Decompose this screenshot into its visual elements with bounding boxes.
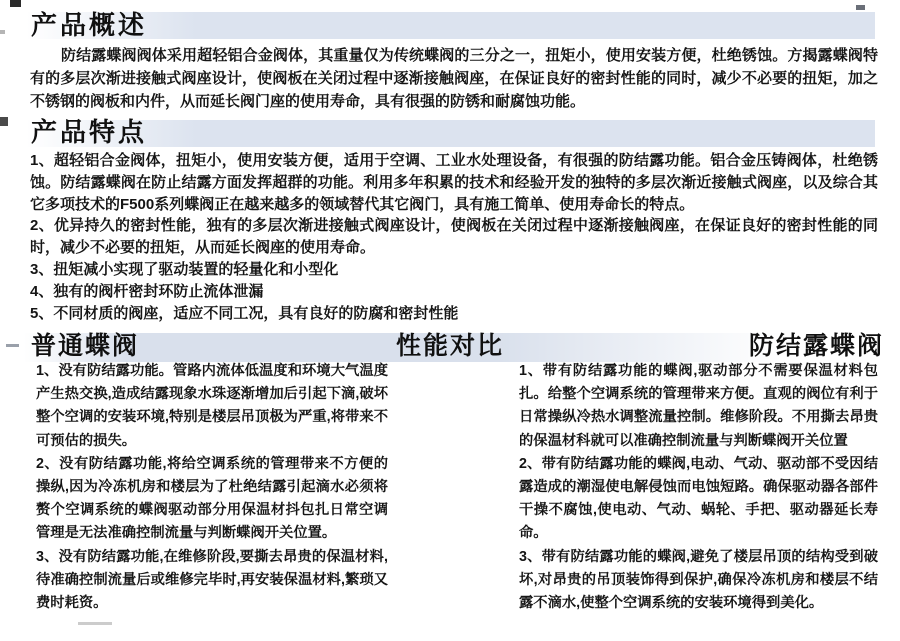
ordinary-valve-item: 3、没有防结露功能,在维修阶段,要撕去昂贵的保温材料,待准确控制流量后或维修完毕… [36,546,388,616]
scan-artifact [0,117,8,126]
scan-artifact [10,0,21,7]
ordinary-valve-item: 2、没有防结露功能,将给空调系统的管理带来不方便的操纵,因为冷冻机房和楼层为了杜… [36,453,388,546]
ordinary-valve-column: 1、没有防结露功能。管路内流体低温度和环境大气温度产生热交换,造成结露现象水珠逐… [36,360,388,615]
anticondensation-valve-item: 3、带有防结露功能的蝶阀,避免了楼层吊顶的结构受到破坏,对昂贵的吊顶装饰得到保护… [519,546,878,616]
anticondensation-valve-item: 1、带有防结露功能的蝶阀,驱动部分不需要保温材料包扎。给整个空调系统的管理带来方… [519,360,878,453]
feature-item: 2、优异持久的密封性能，独有的多层次渐进接触式阀座设计，使阀板在关闭过程中逐渐接… [30,215,878,259]
overview-paragraph: 防结露蝶阀阀体采用超轻铝合金阀体，其重量仅为传统蝶阀的三分之一，扭矩小，使用安装… [30,44,878,113]
feature-item: 5、不同材质的阀座，适应不同工况，具有良好的防腐和密封性能 [30,303,878,325]
scan-artifact [78,622,112,625]
comparison-right-title: 防结露蝶阀 [749,330,884,362]
anticondensation-valve-item: 2、带有防结露功能的蝶阀,电动、气动、驱动部不受因结露造成的潮湿使电解侵蚀而电蚀… [519,453,878,546]
overview-header-band [26,12,875,39]
anticondensation-valve-column: 1、带有防结露功能的蝶阀,驱动部分不需要保温材料包扎。给整个空调系统的管理带来方… [519,360,878,615]
document-page: 产品概述 防结露蝶阀阀体采用超轻铝合金阀体，其重量仅为传统蝶阀的三分之一，扭矩小… [0,0,900,641]
ordinary-valve-item: 1、没有防结露功能。管路内流体低温度和环境大气温度产生热交换,造成结露现象水珠逐… [36,360,388,453]
scan-artifact [0,30,5,34]
overview-title: 产品概述 [31,10,147,40]
feature-item: 4、独有的阀杆密封环防止流体泄漏 [30,281,878,303]
features-list: 1、超轻铝合金阀体，扭矩小，使用安装方便，适用于空调、工业水处理设备，有很强的防… [30,150,878,324]
scan-artifact [856,5,865,10]
scan-artifact [6,344,19,347]
features-title: 产品特点 [31,117,147,147]
feature-item: 3、扭矩减小实现了驱动装置的轻量化和小型化 [30,259,878,281]
feature-item: 1、超轻铝合金阀体，扭矩小，使用安装方便，适用于空调、工业水处理设备，有很强的防… [30,150,878,215]
features-header-band [26,120,875,147]
